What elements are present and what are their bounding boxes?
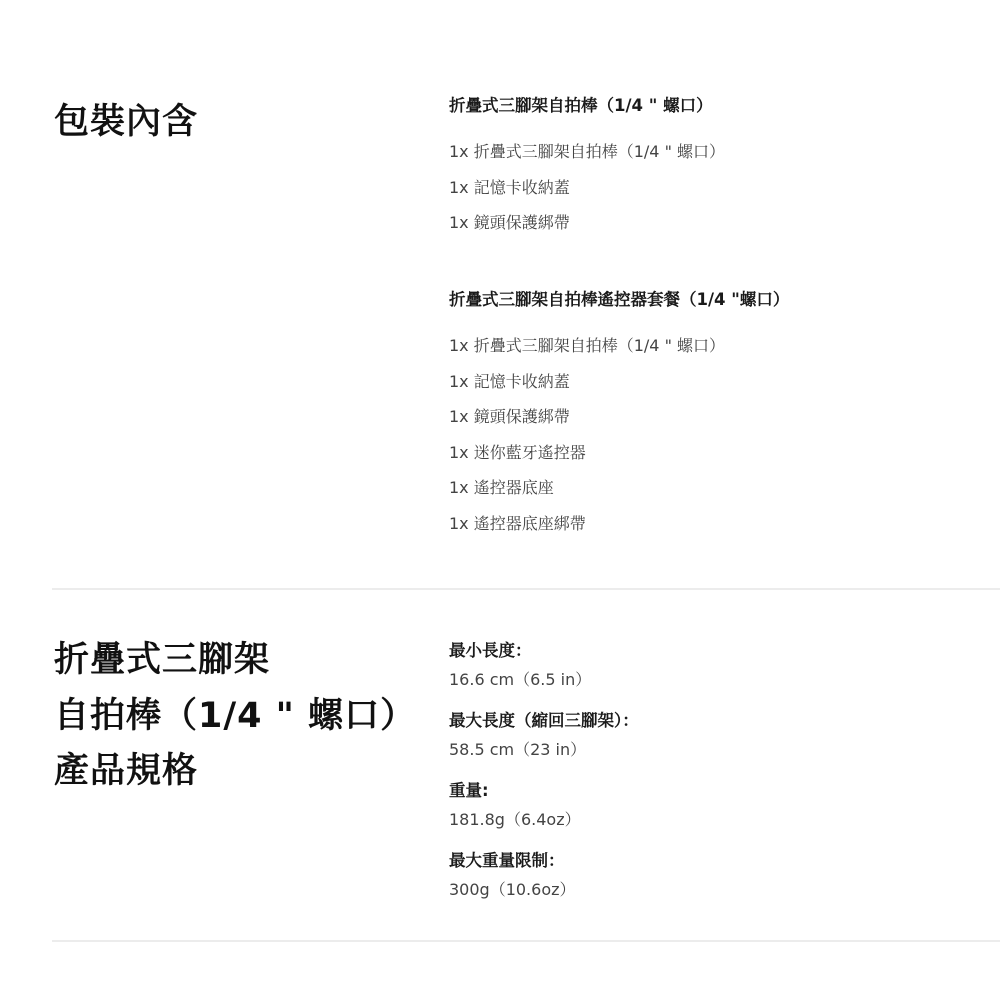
specs-title-line: 自拍棒（1/4 " 螺口） <box>54 689 416 744</box>
package-item: 1x 折疊式三腳架自拍棒（1/4 " 螺口） <box>449 328 1000 364</box>
package-item: 1x 記憶卡收納蓋 <box>449 364 1000 400</box>
spec-max-length: 最大長度（縮回三腳架）： 58.5 cm（23 in） <box>449 706 1000 764</box>
package-item-list: 1x 折疊式三腳架自拍棒（1/4 " 螺口） 1x 記憶卡收納蓋 1x 鏡頭保護… <box>449 328 1000 541</box>
package-item-list: 1x 折疊式三腳架自拍棒（1/4 " 螺口） 1x 記憶卡收納蓋 1x 鏡頭保護… <box>449 134 1000 241</box>
package-group-1: 折疊式三腳架自拍棒（1/4 " 螺口） 1x 折疊式三腳架自拍棒（1/4 " 螺… <box>449 92 1000 241</box>
spec-value: 181.8g（6.4oz） <box>449 806 1000 834</box>
package-item: 1x 迷你藍牙遙控器 <box>449 435 1000 471</box>
package-item: 1x 遙控器底座綁帶 <box>449 506 1000 542</box>
package-item: 1x 記憶卡收納蓋 <box>449 170 1000 206</box>
package-item: 1x 折疊式三腳架自拍棒（1/4 " 螺口） <box>449 134 1000 170</box>
spec-max-load: 最大重量限制： 300g（10.6oz） <box>449 846 1000 904</box>
spec-label: 重量: <box>449 776 1000 806</box>
package-item: 1x 遙控器底座 <box>449 470 1000 506</box>
package-group-title: 折疊式三腳架自拍棒遙控器套餐（1/4 "螺口） <box>449 286 1000 314</box>
spec-weight: 重量: 181.8g（6.4oz） <box>449 776 1000 834</box>
specs-section: 折疊式三腳架 自拍棒（1/4 " 螺口） 產品規格 最小長度： 16.6 cm（… <box>0 590 1000 940</box>
package-item: 1x 鏡頭保護綁帶 <box>449 205 1000 241</box>
spec-value: 16.6 cm（6.5 in） <box>449 666 1000 694</box>
package-group-title: 折疊式三腳架自拍棒（1/4 " 螺口） <box>449 92 1000 120</box>
spec-label: 最大長度（縮回三腳架）： <box>449 706 1000 736</box>
package-group-2: 折疊式三腳架自拍棒遙控器套餐（1/4 "螺口） 1x 折疊式三腳架自拍棒（1/4… <box>449 286 1000 541</box>
spec-label: 最大重量限制： <box>449 846 1000 876</box>
spec-value: 300g（10.6oz） <box>449 876 1000 904</box>
specs-title-line: 折疊式三腳架 <box>54 633 270 688</box>
specs-title-line: 產品規格 <box>54 744 198 799</box>
spec-value: 58.5 cm（23 in） <box>449 736 1000 764</box>
package-contents-section: 包裝內含 折疊式三腳架自拍棒（1/4 " 螺口） 1x 折疊式三腳架自拍棒（1/… <box>0 0 1000 589</box>
spec-label: 最小長度： <box>449 636 1000 666</box>
spec-min-length: 最小長度： 16.6 cm（6.5 in） <box>449 636 1000 694</box>
package-contents-title: 包裝內含 <box>54 95 198 150</box>
package-item: 1x 鏡頭保護綁帶 <box>449 399 1000 435</box>
specs-list: 最小長度： 16.6 cm（6.5 in） 最大長度（縮回三腳架）： 58.5 … <box>449 636 1000 916</box>
section-divider <box>52 940 1000 942</box>
